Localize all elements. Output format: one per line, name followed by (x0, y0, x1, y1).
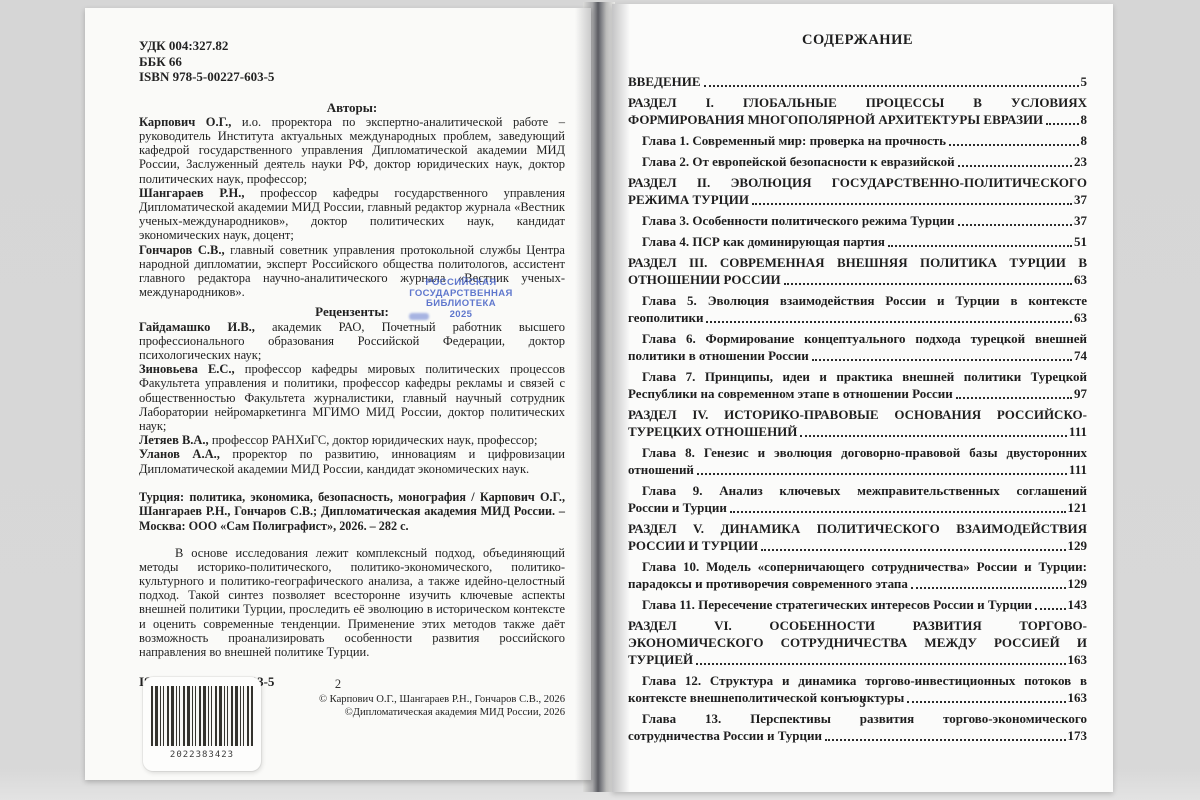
toc-entry-line: РАЗДЕЛ IV. ИСТОРИКО-ПРАВОВЫЕ ОСНОВАНИЯ Р… (628, 406, 1087, 423)
toc-entry-last-line: ОТНОШЕНИИ РОССИИ63 (628, 271, 1087, 288)
classification-block: УДК 004:327.82 ББК 66 ISBN 978-5-00227-6… (139, 38, 565, 85)
dot-leader (949, 144, 1078, 146)
toc-entry-chapter: Глава 11. Пересечение стратегических инт… (628, 596, 1087, 613)
dot-leader (956, 397, 1072, 399)
toc-entry-last-line: ФОРМИРОВАНИЯ МНОГОПОЛЯРНОЙ АРХИТЕКТУРЫ Е… (628, 111, 1087, 128)
toc-page-number: 129 (1068, 537, 1088, 554)
toc-entry-title: ФОРМИРОВАНИЯ МНОГОПОЛЯРНОЙ АРХИТЕКТУРЫ Е… (628, 111, 1043, 128)
toc-page-number: 8 (1081, 111, 1088, 128)
dot-leader (911, 587, 1066, 589)
toc-entry-title: политики в отношении России (628, 347, 809, 364)
toc-entry-section: РАЗДЕЛ I. ГЛОБАЛЬНЫЕ ПРОЦЕССЫ В УСЛОВИЯХ… (628, 94, 1087, 128)
dot-leader (812, 359, 1072, 361)
person-description: профессор РАНХиГС, доктор юридических на… (209, 433, 538, 447)
dot-leader (800, 435, 1067, 437)
dot-leader (730, 511, 1066, 513)
toc-entry-title: Глава 1. Современный мир: проверка на пр… (642, 132, 946, 149)
toc-entry-last-line: ВВЕДЕНИЕ5 (628, 73, 1087, 90)
toc-entry-chapter: Глава 1. Современный мир: проверка на пр… (628, 132, 1087, 149)
toc-page-number: 37 (1074, 191, 1087, 208)
stamp-smudge (409, 313, 429, 320)
stamp-line-1: РОССИЙСКАЯ (403, 278, 519, 289)
toc-entry-line: РАЗДЕЛ III. СОВРЕМЕННАЯ ВНЕШНЯЯ ПОЛИТИКА… (628, 254, 1087, 271)
toc-entry-last-line: сотрудничества России и Турции173 (628, 727, 1087, 744)
person-name: Уланов А.А., (139, 447, 220, 461)
person-name: Карпович О.Г., (139, 115, 231, 129)
toc-entry-title: отношений (628, 461, 694, 478)
dot-leader (888, 245, 1072, 247)
book-spread: УДК 004:327.82 ББК 66 ISBN 978-5-00227-6… (0, 0, 1200, 800)
dot-leader (704, 85, 1079, 87)
toc-entry-last-line: ТУРЕЦКИХ ОТНОШЕНИЙ111 (628, 423, 1087, 440)
toc-entry-last-line: Республики на современном этапе в отноше… (628, 385, 1087, 402)
toc-entry-line: Глава 13. Перспективы развития торгово-э… (628, 710, 1087, 727)
page-number-left: 2 (85, 677, 591, 691)
dot-leader (784, 283, 1072, 285)
dot-leader (761, 549, 1065, 551)
toc-entry-title: Глава 4. ПСР как доминирующая партия (642, 233, 885, 250)
authors-list: Карпович О.Г., и.о. проректора по экспер… (139, 115, 565, 300)
toc-page-number: 111 (1069, 423, 1087, 440)
toc-entry-line: Глава 9. Анализ ключевых межправительств… (628, 482, 1087, 499)
reviewer-item: Зиновьева Е.С., профессор кафедры мировы… (139, 362, 565, 433)
toc-page-number: 74 (1074, 347, 1087, 364)
toc-entry-title: сотрудничества России и Турции (628, 727, 822, 744)
person-name: Шангараев Р.Н., (139, 186, 245, 200)
toc-entry-last-line: парадоксы и противоречия современного эт… (628, 575, 1087, 592)
toc-entry-line: Глава 12. Структура и динамика торгово-и… (628, 672, 1087, 689)
toc-entry-last-line: РОССИИ И ТУРЦИИ129 (628, 537, 1087, 554)
toc-entry-line: ЭКОНОМИЧЕСКОГО СОТРУДНИЧЕСТВА МЕЖДУ РОСС… (628, 634, 1087, 651)
toc-entry-chapter: Глава 4. ПСР как доминирующая партия51 (628, 233, 1087, 250)
toc-entry-chapter: Глава 7. Принципы, идеи и практика внешн… (628, 368, 1087, 402)
toc-entry-title: Глава 2. От европейской безопасности к е… (642, 153, 955, 170)
toc-entry-title: России и Турции (628, 499, 727, 516)
toc-entry-section: ВВЕДЕНИЕ5 (628, 73, 1087, 90)
toc-entry-title: ТУРЕЦКИХ ОТНОШЕНИЙ (628, 423, 797, 440)
toc-entry-chapter: Глава 2. От европейской безопасности к е… (628, 153, 1087, 170)
person-name: Гончаров С.В., (139, 243, 225, 257)
toc-entry-line: РАЗДЕЛ V. ДИНАМИКА ПОЛИТИЧЕСКОГО ВЗАИМОД… (628, 520, 1087, 537)
toc-entry-line: Глава 8. Генезис и эволюция договорно-пр… (628, 444, 1087, 461)
author-item: Шангараев Р.Н., профессор кафедры госуда… (139, 186, 565, 243)
author-item: Карпович О.Г., и.о. проректора по экспер… (139, 115, 565, 186)
udc-code: УДК 004:327.82 (139, 38, 565, 54)
toc-entry-section: РАЗДЕЛ IV. ИСТОРИКО-ПРАВОВЫЕ ОСНОВАНИЯ Р… (628, 406, 1087, 440)
toc-entry-last-line: Глава 4. ПСР как доминирующая партия51 (628, 233, 1087, 250)
dot-leader (1046, 123, 1078, 125)
toc-page-number: 51 (1074, 233, 1087, 250)
toc-page-number: 173 (1068, 727, 1088, 744)
reviewer-item: Летяев В.А., профессор РАНХиГС, доктор ю… (139, 433, 565, 447)
toc-entry-last-line: отношений111 (628, 461, 1087, 478)
toc-entry-line: Глава 5. Эволюция взаимодействия России … (628, 292, 1087, 309)
toc-entry-title: ОТНОШЕНИИ РОССИИ (628, 271, 781, 288)
person-name: Зиновьева Е.С., (139, 362, 235, 376)
toc-entry-title: Республики на современном этапе в отноше… (628, 385, 953, 402)
reviewers-list: Гайдамашко И.В., академик РАО, Почетный … (139, 320, 565, 476)
toc-entry-chapter: Глава 6. Формирование концептуального по… (628, 330, 1087, 364)
toc-entry-line: Глава 10. Модель «соперничающего сотрудн… (628, 558, 1087, 575)
toc-page-number: 163 (1068, 651, 1088, 668)
dot-leader (958, 224, 1072, 226)
toc-entry-section: РАЗДЕЛ III. СОВРЕМЕННАЯ ВНЕШНЯЯ ПОЛИТИКА… (628, 254, 1087, 288)
dot-leader (1035, 608, 1065, 610)
barcode (151, 686, 253, 746)
toc-entry-line: Глава 7. Принципы, идеи и практика внешн… (628, 368, 1087, 385)
toc-page-number: 8 (1081, 132, 1088, 149)
toc-entry-last-line: ТУРЦИЕЙ163 (628, 651, 1087, 668)
reviewer-item: Уланов А.А., проректор по развитию, инно… (139, 447, 565, 475)
reviewer-item: Гайдамашко И.В., академик РАО, Почетный … (139, 320, 565, 363)
toc-entry-section: РАЗДЕЛ VI. ОСОБЕННОСТИ РАЗВИТИЯ ТОРГОВО-… (628, 617, 1087, 668)
toc-entry-last-line: Глава 2. От европейской безопасности к е… (628, 153, 1087, 170)
toc-entry-line: РАЗДЕЛ II. ЭВОЛЮЦИЯ ГОСУДАРСТВЕННО-ПОЛИТ… (628, 174, 1087, 191)
toc-entry-last-line: политики в отношении России74 (628, 347, 1087, 364)
toc-entry-last-line: Глава 11. Пересечение стратегических инт… (628, 596, 1087, 613)
imprint-page: УДК 004:327.82 ББК 66 ISBN 978-5-00227-6… (85, 8, 591, 780)
toc-entry-chapter: Глава 13. Перспективы развития торгово-э… (628, 710, 1087, 744)
contents-page: СОДЕРЖАНИЕ ВВЕДЕНИЕ5РАЗДЕЛ I. ГЛОБАЛЬНЫЕ… (612, 4, 1113, 792)
contents-title: СОДЕРЖАНИЕ (628, 32, 1087, 49)
toc-entry-title: РЕЖИМА ТУРЦИИ (628, 191, 749, 208)
toc-entry-title: Глава 3. Особенности политического режим… (642, 212, 955, 229)
toc-entry-title: геополитики (628, 309, 703, 326)
toc-page-number: 111 (1069, 461, 1087, 478)
toc-entry-title: РОССИИ И ТУРЦИИ (628, 537, 758, 554)
toc-entry-section: РАЗДЕЛ II. ЭВОЛЮЦИЯ ГОСУДАРСТВЕННО-ПОЛИТ… (628, 174, 1087, 208)
toc-entry-line: Глава 6. Формирование концептуального по… (628, 330, 1087, 347)
dot-leader (696, 663, 1065, 665)
authors-heading: Авторы: (139, 101, 565, 115)
toc-entry-title: ТУРЦИЕЙ (628, 651, 693, 668)
person-name: Гайдамашко И.В., (139, 320, 255, 334)
toc-page-number: 121 (1068, 499, 1088, 516)
bbk-code: ББК 66 (139, 54, 565, 70)
toc-entry-chapter: Глава 9. Анализ ключевых межправительств… (628, 482, 1087, 516)
toc-entry-title: парадоксы и противоречия современного эт… (628, 575, 908, 592)
toc-entry-last-line: России и Турции121 (628, 499, 1087, 516)
abstract-text: В основе исследования лежит комплексный … (139, 546, 565, 660)
barcode-number: 2022383423 (151, 748, 253, 762)
toc-entry-title: Глава 11. Пересечение стратегических инт… (642, 596, 1032, 613)
toc-entry-title: ВВЕДЕНИЕ (628, 73, 701, 90)
dot-leader (697, 473, 1067, 475)
toc-entry-chapter: Глава 5. Эволюция взаимодействия России … (628, 292, 1087, 326)
toc-entry-section: РАЗДЕЛ V. ДИНАМИКА ПОЛИТИЧЕСКОГО ВЗАИМОД… (628, 520, 1087, 554)
toc-page-number: 63 (1074, 309, 1087, 326)
isbn-top: ISBN 978-5-00227-603-5 (139, 69, 565, 85)
toc-page-number: 143 (1068, 596, 1088, 613)
toc-entry-last-line: РЕЖИМА ТУРЦИИ37 (628, 191, 1087, 208)
toc-page-number: 5 (1081, 73, 1088, 90)
toc-entry-chapter: Глава 10. Модель «соперничающего сотрудн… (628, 558, 1087, 592)
dot-leader (706, 321, 1072, 323)
toc-page-number: 97 (1074, 385, 1087, 402)
toc-entry-chapter: Глава 8. Генезис и эволюция договорно-пр… (628, 444, 1087, 478)
toc-entry-chapter: Глава 3. Особенности политического режим… (628, 212, 1087, 229)
toc-entry-last-line: Глава 1. Современный мир: проверка на пр… (628, 132, 1087, 149)
bibliographic-record: Турция: политика, экономика, безопасност… (139, 490, 565, 534)
person-name: Летяев В.А., (139, 433, 209, 447)
toc-page-number: 37 (1074, 212, 1087, 229)
toc-page-number: 23 (1074, 153, 1087, 170)
dot-leader (825, 739, 1066, 741)
dot-leader (958, 165, 1072, 167)
library-stamp: РОССИЙСКАЯ ГОСУДАРСТВЕННАЯ БИБЛИОТЕКА 20… (403, 278, 519, 320)
page-number-right: 3 (612, 695, 1113, 712)
toc-list: ВВЕДЕНИЕ5РАЗДЕЛ I. ГЛОБАЛЬНЫЕ ПРОЦЕССЫ В… (628, 73, 1087, 744)
toc-entry-line: РАЗДЕЛ VI. ОСОБЕННОСТИ РАЗВИТИЯ ТОРГОВО- (628, 617, 1087, 634)
toc-entry-last-line: геополитики63 (628, 309, 1087, 326)
toc-entry-last-line: Глава 3. Особенности политического режим… (628, 212, 1087, 229)
dot-leader (752, 203, 1072, 205)
toc-page-number: 63 (1074, 271, 1087, 288)
toc-page-number: 129 (1068, 575, 1088, 592)
toc-entry-line: РАЗДЕЛ I. ГЛОБАЛЬНЫЕ ПРОЦЕССЫ В УСЛОВИЯХ (628, 94, 1087, 111)
stamp-line-3: БИБЛИОТЕКА (403, 299, 519, 310)
